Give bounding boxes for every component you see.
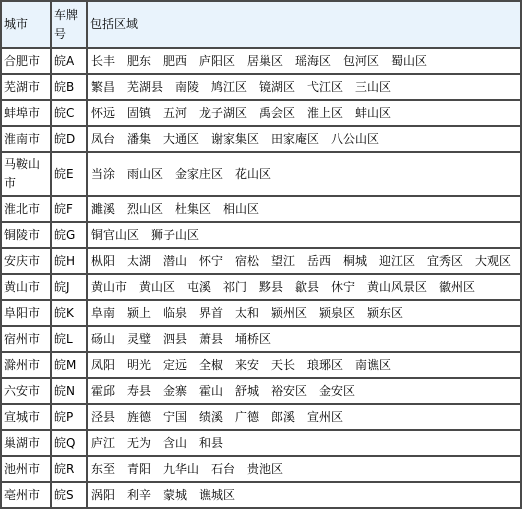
- table-row: 宿州市皖L砀山 灵璧 泗县 萧县 埇桥区: [1, 326, 521, 352]
- table-row: 铜陵市皖G铜官山区 狮子山区: [1, 222, 521, 248]
- table-row: 亳州市皖S涡阳 利辛 蒙城 谯城区: [1, 482, 521, 508]
- plate-code-cell: 皖R: [51, 456, 87, 482]
- city-cell: 安庆市: [1, 248, 51, 274]
- regions-cell: 枞阳 太湖 潜山 怀宁 宿松 望江 岳西 桐城 迎江区 宜秀区 大观区: [87, 248, 521, 274]
- plate-code-cell: 皖Q: [51, 430, 87, 456]
- regions-cell: 凤阳 明光 定远 全椒 来安 天长 琅琊区 南谯区: [87, 352, 521, 378]
- regions-cell: 铜官山区 狮子山区: [87, 222, 521, 248]
- city-cell: 宿州市: [1, 326, 51, 352]
- plate-code-cell: 皖M: [51, 352, 87, 378]
- table-row: 阜阳市皖K阜南 颍上 临泉 界首 太和 颍州区 颍泉区 颍东区: [1, 300, 521, 326]
- plate-code-cell: 皖P: [51, 404, 87, 430]
- city-cell: 亳州市: [1, 482, 51, 508]
- table-row: 淮南市皖D凤台 潘集 大通区 谢家集区 田家庵区 八公山区: [1, 126, 521, 152]
- plate-code-cell: 皖G: [51, 222, 87, 248]
- table-body: 合肥市皖A长丰 肥东 肥西 庐阳区 居巢区 瑶海区 包河区 蜀山区芜湖市皖B繁昌…: [1, 48, 521, 508]
- plate-code-cell: 皖F: [51, 196, 87, 222]
- regions-cell: 长丰 肥东 肥西 庐阳区 居巢区 瑶海区 包河区 蜀山区: [87, 48, 521, 74]
- column-header-regions: 包括区域: [87, 1, 521, 48]
- city-cell: 马鞍山市: [1, 152, 51, 196]
- regions-cell: 庐江 无为 含山 和县: [87, 430, 521, 456]
- city-cell: 黄山市: [1, 274, 51, 300]
- table-row: 滁州市皖M凤阳 明光 定远 全椒 来安 天长 琅琊区 南谯区: [1, 352, 521, 378]
- regions-cell: 当涂 雨山区 金家庄区 花山区: [87, 152, 521, 196]
- city-cell: 滁州市: [1, 352, 51, 378]
- regions-cell: 怀远 固镇 五河 龙子湖区 禹会区 淮上区 蚌山区: [87, 100, 521, 126]
- city-cell: 蚌埠市: [1, 100, 51, 126]
- regions-cell: 阜南 颍上 临泉 界首 太和 颍州区 颍泉区 颍东区: [87, 300, 521, 326]
- plate-code-cell: 皖J: [51, 274, 87, 300]
- plate-code-cell: 皖C: [51, 100, 87, 126]
- table-row: 合肥市皖A长丰 肥东 肥西 庐阳区 居巢区 瑶海区 包河区 蜀山区: [1, 48, 521, 74]
- regions-cell: 濉溪 烈山区 杜集区 相山区: [87, 196, 521, 222]
- plate-code-cell: 皖S: [51, 482, 87, 508]
- city-cell: 巢湖市: [1, 430, 51, 456]
- regions-cell: 东至 青阳 九华山 石台 贵池区: [87, 456, 521, 482]
- city-cell: 铜陵市: [1, 222, 51, 248]
- regions-cell: 涡阳 利辛 蒙城 谯城区: [87, 482, 521, 508]
- header-row: 城市 车牌号 包括区域: [1, 1, 521, 48]
- table-row: 马鞍山市皖E当涂 雨山区 金家庄区 花山区: [1, 152, 521, 196]
- column-header-plate-code: 车牌号: [51, 1, 87, 48]
- table-row: 六安市皖N霍邱 寿县 金寨 霍山 舒城 裕安区 金安区: [1, 378, 521, 404]
- regions-cell: 凤台 潘集 大通区 谢家集区 田家庵区 八公山区: [87, 126, 521, 152]
- table-row: 宣城市皖P泾县 旌德 宁国 绩溪 广德 郎溪 宣州区: [1, 404, 521, 430]
- plate-code-cell: 皖B: [51, 74, 87, 100]
- regions-cell: 黄山市 黄山区 屯溪 祁门 黟县 歙县 休宁 黄山风景区 徽州区: [87, 274, 521, 300]
- plate-code-cell: 皖K: [51, 300, 87, 326]
- regions-cell: 霍邱 寿县 金寨 霍山 舒城 裕安区 金安区: [87, 378, 521, 404]
- table-row: 安庆市皖H枞阳 太湖 潜山 怀宁 宿松 望江 岳西 桐城 迎江区 宜秀区 大观区: [1, 248, 521, 274]
- city-cell: 六安市: [1, 378, 51, 404]
- city-cell: 淮北市: [1, 196, 51, 222]
- table-row: 黄山市皖J黄山市 黄山区 屯溪 祁门 黟县 歙县 休宁 黄山风景区 徽州区: [1, 274, 521, 300]
- table-row: 巢湖市皖Q庐江 无为 含山 和县: [1, 430, 521, 456]
- column-header-city: 城市: [1, 1, 51, 48]
- table-row: 池州市皖R东至 青阳 九华山 石台 贵池区: [1, 456, 521, 482]
- city-cell: 阜阳市: [1, 300, 51, 326]
- regions-cell: 砀山 灵璧 泗县 萧县 埇桥区: [87, 326, 521, 352]
- plate-code-cell: 皖L: [51, 326, 87, 352]
- regions-cell: 泾县 旌德 宁国 绩溪 广德 郎溪 宣州区: [87, 404, 521, 430]
- table-row: 芜湖市皖B繁昌 芜湖县 南陵 鸠江区 镜湖区 弋江区 三山区: [1, 74, 521, 100]
- plate-code-cell: 皖A: [51, 48, 87, 74]
- plate-code-cell: 皖E: [51, 152, 87, 196]
- plate-code-cell: 皖N: [51, 378, 87, 404]
- table-row: 蚌埠市皖C怀远 固镇 五河 龙子湖区 禹会区 淮上区 蚌山区: [1, 100, 521, 126]
- table-row: 淮北市皖F濉溪 烈山区 杜集区 相山区: [1, 196, 521, 222]
- plate-code-cell: 皖D: [51, 126, 87, 152]
- plate-code-cell: 皖H: [51, 248, 87, 274]
- city-cell: 合肥市: [1, 48, 51, 74]
- license-plate-table: 城市 车牌号 包括区域 合肥市皖A长丰 肥东 肥西 庐阳区 居巢区 瑶海区 包河…: [0, 0, 522, 509]
- city-cell: 宣城市: [1, 404, 51, 430]
- city-cell: 池州市: [1, 456, 51, 482]
- table-header: 城市 车牌号 包括区域: [1, 1, 521, 48]
- city-cell: 芜湖市: [1, 74, 51, 100]
- regions-cell: 繁昌 芜湖县 南陵 鸠江区 镜湖区 弋江区 三山区: [87, 74, 521, 100]
- city-cell: 淮南市: [1, 126, 51, 152]
